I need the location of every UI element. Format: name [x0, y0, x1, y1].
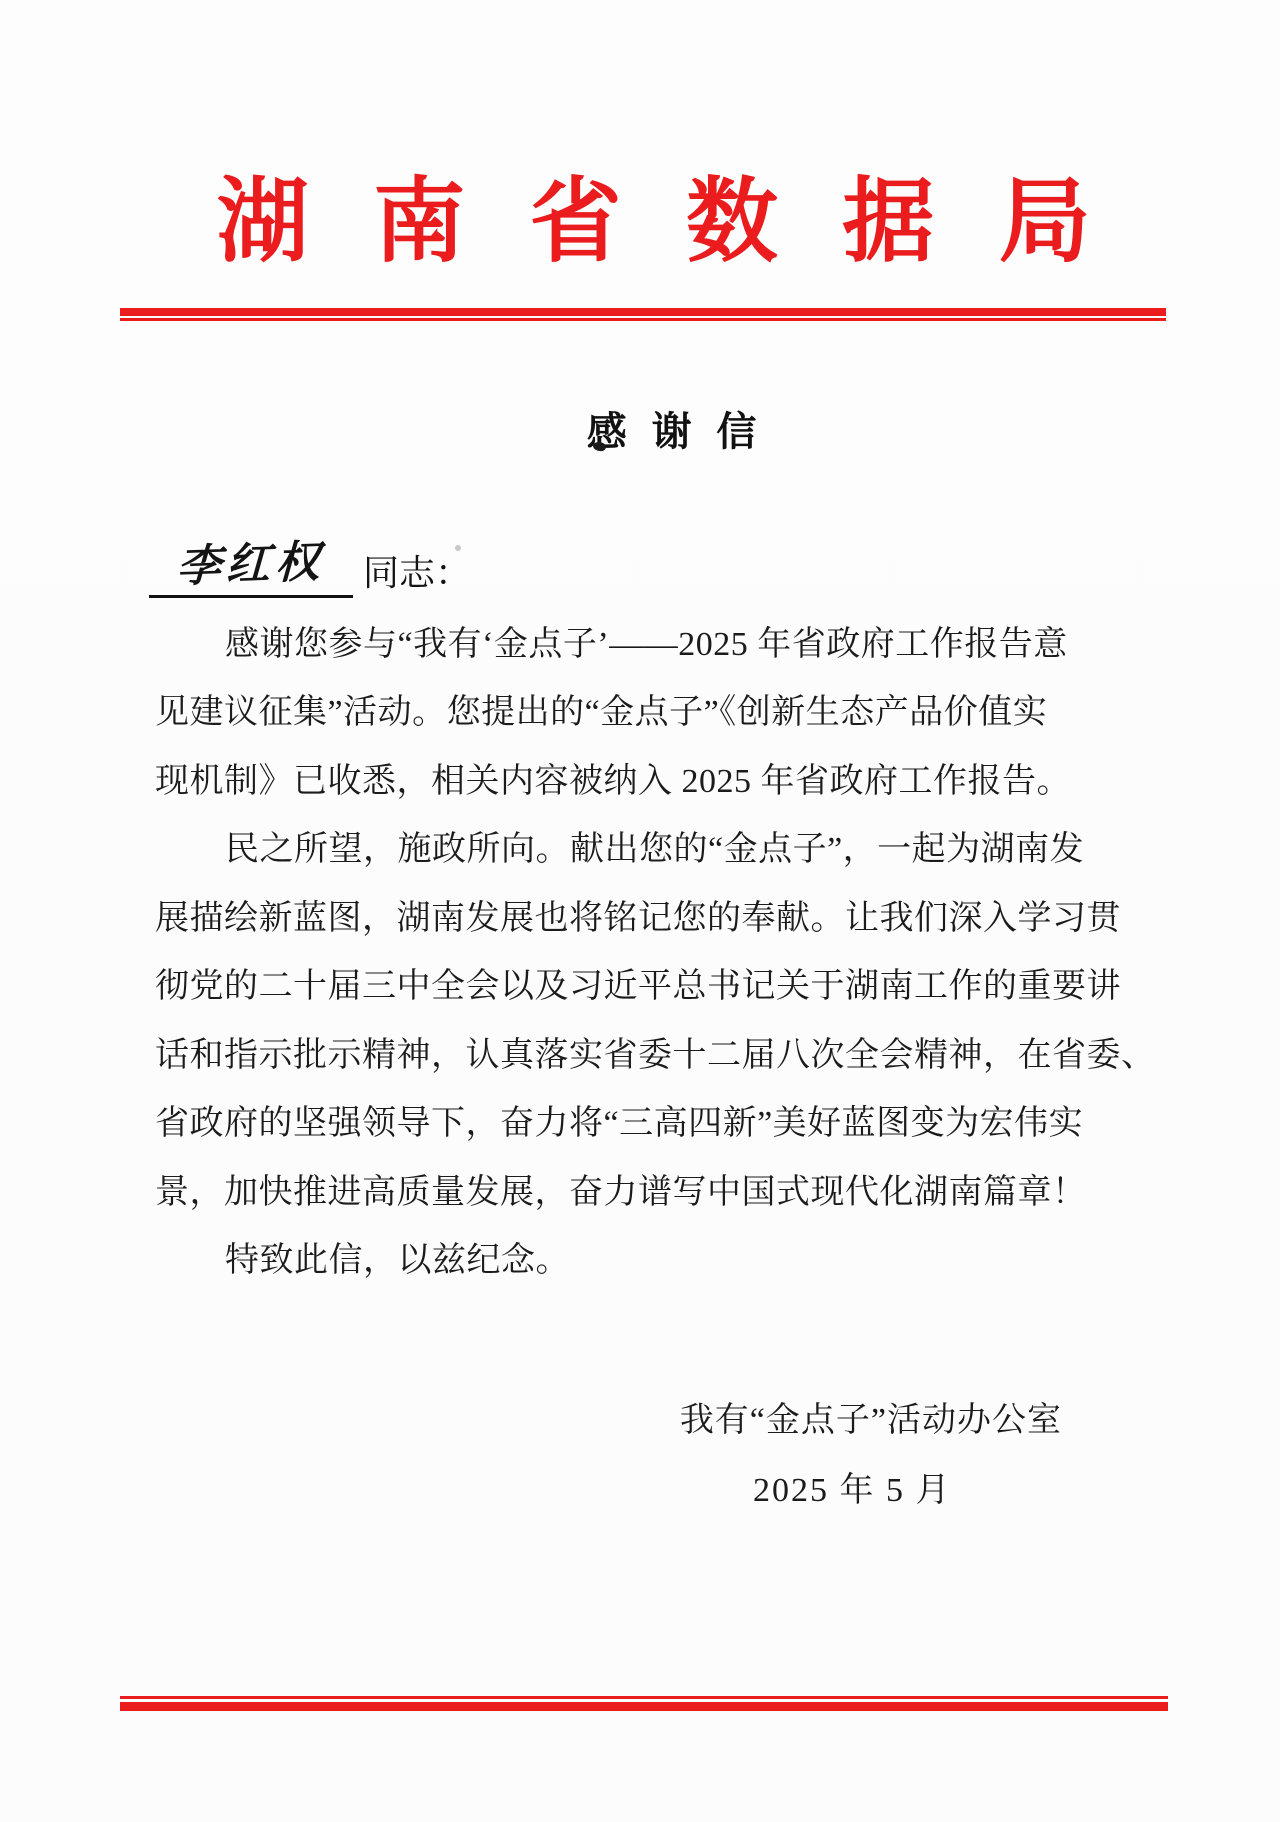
body-line: 彻党的二十届三中全会以及习近平总书记关于湖南工作的重要讲 — [155, 949, 1060, 1018]
body-line: 现机制》已收悉，相关内容被纳入 2025 年省政府工作报告。 — [155, 743, 1060, 812]
body-line: 民之所望，施政所向。献出您的“金点子”，一起为湖南发 — [155, 812, 1060, 881]
body-line: 感谢您参与“我有‘金点子’——2025 年省政府工作报告意 — [155, 606, 1060, 675]
bottom-double-rule — [120, 1696, 1168, 1711]
signature-line: 我有“金点子”活动办公室 — [680, 1392, 1062, 1441]
salutation: 李红权 同志： — [149, 528, 471, 598]
top-rule-thick-bar — [120, 308, 1166, 316]
bottom-rule-thick-bar — [120, 1702, 1168, 1711]
honorific-label: 同志： — [363, 545, 471, 598]
body-line: 景，加快推进高质量发展，奋力谱写中国式现代化湖南篇章！ — [155, 1154, 1060, 1223]
agency-name: 湖南省数据局 — [0, 148, 1280, 280]
top-rule-thin-bar — [120, 318, 1166, 321]
date-line: 2025 年 5 月 — [753, 1462, 952, 1511]
top-double-rule — [120, 308, 1166, 321]
body-line: 话和指示批示精神，认真落实省委十二届八次全会精神，在省委、 — [155, 1017, 1060, 1086]
ink-speck — [455, 545, 461, 551]
letter-body: 感谢您参与“我有‘金点子’——2025 年省政府工作报告意 见建议征集”活动。您… — [155, 606, 1060, 1291]
recipient-underline: 李红权 — [149, 528, 353, 598]
body-line: 见建议征集”活动。您提出的“金点子”《创新生态产品价值实 — [155, 675, 1060, 744]
letter-title: 感谢信 — [0, 400, 1280, 457]
body-line: 特致此信，以兹纪念。 — [155, 1223, 1060, 1292]
recipient-name-handwritten: 李红权 — [176, 525, 326, 594]
body-line: 展描绘新蓝图，湖南发展也将铭记您的奉献。让我们深入学习贯 — [155, 880, 1060, 949]
body-line: 省政府的坚强领导下，奋力将“三高四新”美好蓝图变为宏伟实 — [155, 1086, 1060, 1155]
